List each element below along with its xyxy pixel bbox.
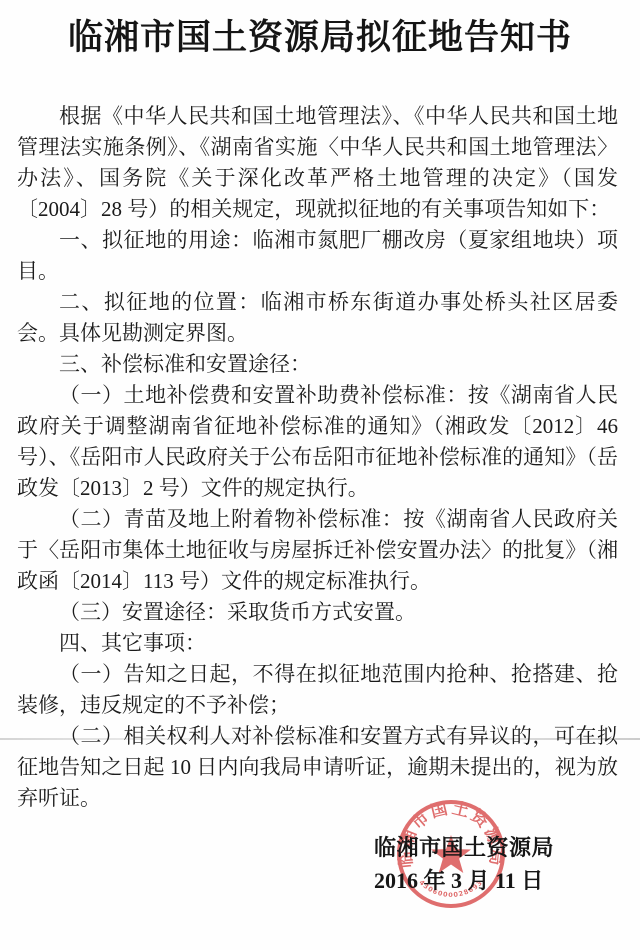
document-title: 临湘市国土资源局拟征地告知书 [0,10,640,60]
body-paragraph: （一）告知之日起，不得在拟征地范围内抢种、抢搭建、抢装修，违反规定的不予补偿； [17,659,618,721]
body-paragraph: 四、其它事项： [17,628,618,659]
body-paragraph: 三、补偿标准和安置途径： [17,349,618,380]
signature-date: 2016 年 3 月 11 日 [374,864,543,895]
body-paragraph: 一、拟征地的用途：临湘市氮肥厂棚改房（夏家组地块）项目。 [17,225,618,287]
document-body: 根据《中华人民共和国土地管理法》、《中华人民共和国土地管理法实施条例》、《湖南省… [17,101,618,814]
body-paragraph: （三）安置途径：采取货币方式安置。 [17,597,618,628]
body-paragraph: 二、拟征地的位置：临湘市桥东街道办事处桥头社区居委会。具体见勘测定界图。 [17,287,618,349]
notice-document-page: 临湘市国土资源局拟征地告知书 根据《中华人民共和国土地管理法》、《中华人民共和国… [0,0,640,950]
signature-organization: 临湘市国土资源局 [374,831,554,862]
body-paragraph: （二）青苗及地上附着物补偿标准：按《湖南省人民政府关于〈岳阳市集体土地征收与房屋… [17,504,618,597]
body-paragraph: 根据《中华人民共和国土地管理法》、《中华人民共和国土地管理法实施条例》、《湖南省… [17,101,618,225]
body-paragraph: （一）土地补偿费和安置补助费补偿标准：按《湖南省人民政府关于调整湖南省征地补偿标… [17,380,618,504]
body-paragraph: （二）相关权利人对补偿标准和安置方式有异议的，可在拟征地告知之日起 10 日内向… [17,721,618,814]
